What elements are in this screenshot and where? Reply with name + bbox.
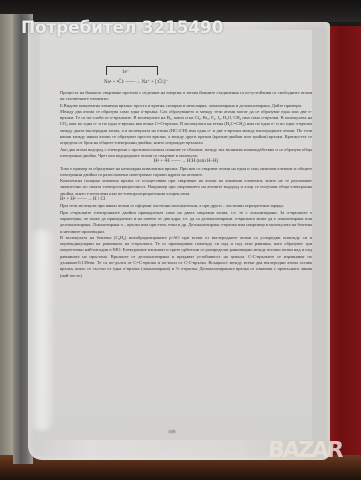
background-wall: [0, 14, 14, 464]
ionic-equation: Na• + •C̈l: ——→ Na⁺ + [:C̈l:]⁻: [104, 80, 168, 86]
photo-scene: 1e⁻ Na• + •C̈l: ——→ Na⁺ + [:C̈l:]⁻ Проце…: [0, 0, 361, 480]
electron-label: 1e⁻: [122, 70, 129, 76]
page-number: 108: [168, 430, 176, 435]
section-heading: Б.Видове ковалентна химична връзка: прос…: [60, 103, 312, 109]
paragraph: При σ-връзките електронните двойки прина…: [60, 210, 312, 235]
username-overlay: Потребител 3215490: [21, 18, 223, 38]
paragraph: В молекулата на бензена (C₆H₆) нехибриди…: [60, 235, 312, 279]
paragraph: Процесът на йонното свързване протича с …: [60, 90, 312, 103]
paragraph: Ако два атома водород с електрони с прот…: [60, 147, 312, 160]
ionic-bond-diagram: 1e⁻ Na• + •C̈l: ——→ Na⁺ + [:C̈l:]⁻: [100, 64, 312, 90]
paragraph: При тези молекули при някои атоми се офо…: [60, 203, 312, 209]
bazar-watermark: BAZAR: [267, 438, 342, 463]
red-binder-cover: [326, 26, 361, 456]
paragraph: Между два атома се образува само една σ-…: [60, 109, 312, 147]
electron-transfer-arrow: [106, 66, 158, 75]
paragraph: Това е пример за образуване на неполярна…: [60, 166, 312, 179]
sleeve-glare: [30, 230, 54, 430]
paragraph: Ковалентна полярна химична връзка се осъ…: [60, 178, 312, 197]
page-text: 1e⁻ Na• + •C̈l: ——→ Na⁺ + [:C̈l:]⁻ Проце…: [60, 64, 312, 279]
